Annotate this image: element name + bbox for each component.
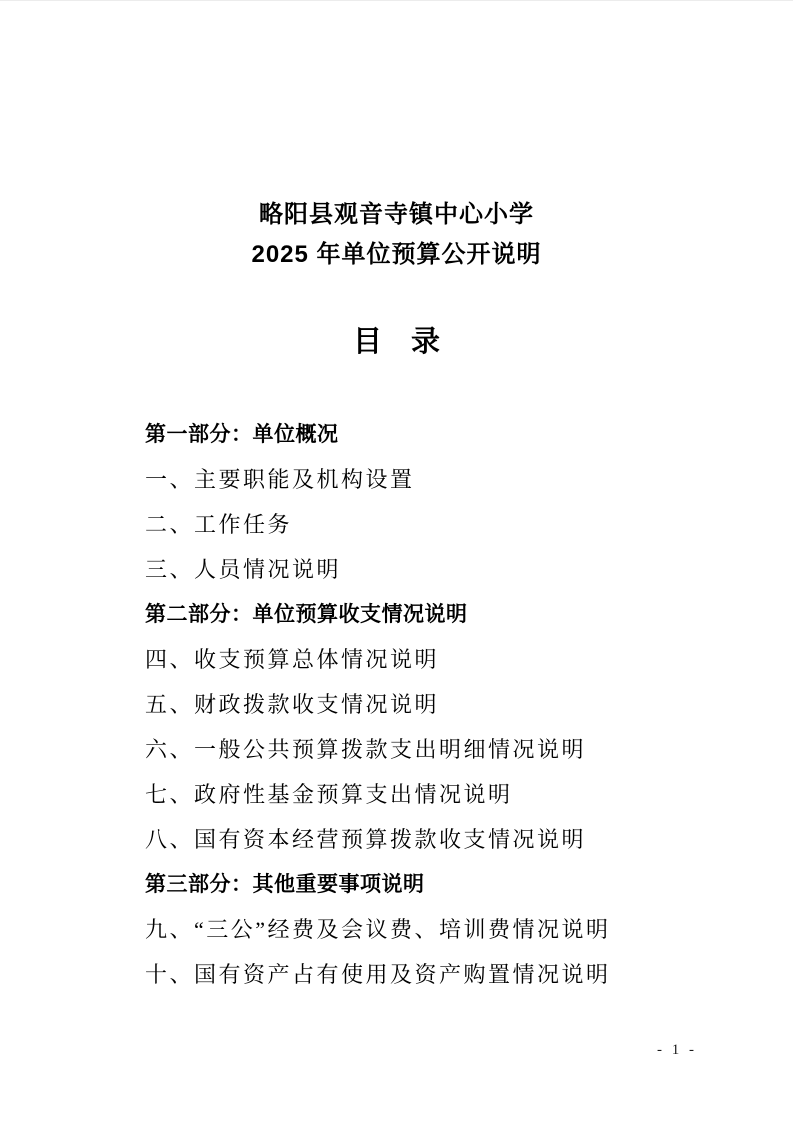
toc-item: 二、工作任务 [145,502,733,547]
toc-item: 一、主要职能及机构设置 [145,457,733,502]
toc-list: 第一部分：单位概况一、主要职能及机构设置二、工作任务三、人员情况说明第二部分：单… [145,412,733,997]
toc-item: 四、收支预算总体情况说明 [145,637,733,682]
toc-part-heading: 第三部分：其他重要事项说明 [145,862,733,907]
toc-item: 五、财政拨款收支情况说明 [145,682,733,727]
document-page: 略阳县观音寺镇中心小学 2025 年单位预算公开说明 目 录 第一部分：单位概况… [0,0,793,1122]
toc-part-heading: 第二部分：单位预算收支情况说明 [145,592,733,637]
toc-item: 七、政府性基金预算支出情况说明 [145,772,733,817]
toc-item: 八、国有资本经营预算拨款收支情况说明 [145,817,733,862]
document-title-line-2: 2025 年单位预算公开说明 [0,235,793,275]
page-number: - 1 - [657,1042,697,1059]
toc-heading: 目 录 [0,327,793,357]
toc-part-heading: 第一部分：单位概况 [145,412,733,457]
toc-item: 三、人员情况说明 [145,547,733,592]
document-title-line-1: 略阳县观音寺镇中心小学 [0,195,793,235]
toc-item: 六、一般公共预算拨款支出明细情况说明 [145,727,733,772]
toc-item: 九、“三公”经费及会议费、培训费情况说明 [145,907,733,952]
toc-item: 十、国有资产占有使用及资产购置情况说明 [145,952,733,997]
document-title-block: 略阳县观音寺镇中心小学 2025 年单位预算公开说明 [0,0,793,275]
